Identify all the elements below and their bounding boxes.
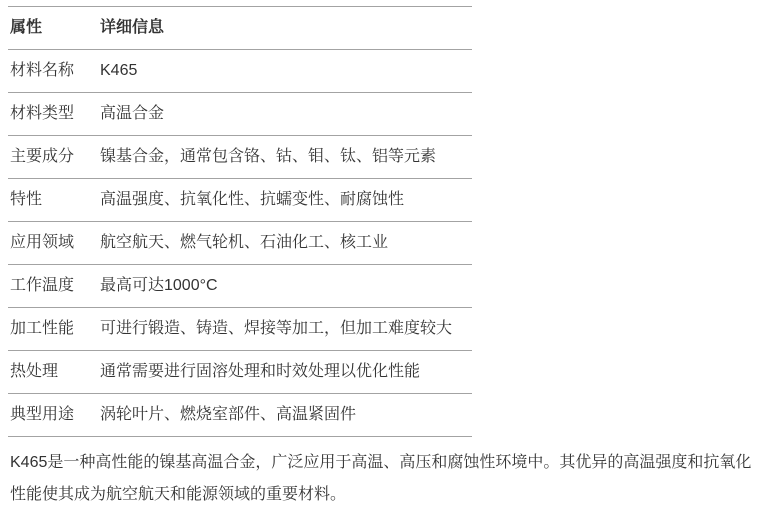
attribute-cell: 材料名称 (8, 50, 98, 93)
table-row: 特性 高温强度、抗氧化性、抗蠕变性、耐腐蚀性 (8, 179, 472, 222)
paragraph-line: 性能使其成为航空航天和能源领域的重要材料。 (10, 479, 755, 511)
paragraph-line: K465是一种高性能的镍基高温合金，广泛应用于高温、高压和腐蚀性环境中。其优异的… (10, 447, 755, 479)
column-header-attribute: 属性 (8, 7, 98, 50)
attribute-cell: 加工性能 (8, 308, 98, 351)
column-header-details: 详细信息 (98, 7, 472, 50)
table-row: 应用领域 航空航天、燃气轮机、石油化工、核工业 (8, 222, 472, 265)
table-row: 热处理 通常需要进行固溶处理和时效处理以优化性能 (8, 351, 472, 394)
value-cell: 高温强度、抗氧化性、抗蠕变性、耐腐蚀性 (98, 179, 472, 222)
material-info-page: 属性 详细信息 材料名称 K465 材料类型 高温合金 主要成分 镍基合金，通常… (0, 0, 761, 511)
attribute-cell: 主要成分 (8, 136, 98, 179)
attribute-cell: 热处理 (8, 351, 98, 394)
value-cell: 镍基合金，通常包含铬、钴、钼、钛、铝等元素 (98, 136, 472, 179)
table-row: 典型用途 涡轮叶片、燃烧室部件、高温紧固件 (8, 394, 472, 437)
attribute-cell: 材料类型 (8, 93, 98, 136)
attribute-cell: 典型用途 (8, 394, 98, 437)
table-row: 材料类型 高温合金 (8, 93, 472, 136)
value-cell: K465 (98, 50, 472, 93)
attribute-cell: 特性 (8, 179, 98, 222)
table-row: 材料名称 K465 (8, 50, 472, 93)
value-cell: 航空航天、燃气轮机、石油化工、核工业 (98, 222, 472, 265)
value-cell: 涡轮叶片、燃烧室部件、高温紧固件 (98, 394, 472, 437)
value-cell: 最高可达1000°C (98, 265, 472, 308)
description-paragraph: K465是一种高性能的镍基高温合金，广泛应用于高温、高压和腐蚀性环境中。其优异的… (10, 447, 755, 511)
value-cell: 高温合金 (98, 93, 472, 136)
attribute-cell: 工作温度 (8, 265, 98, 308)
table-header-row: 属性 详细信息 (8, 7, 472, 50)
table-row: 加工性能 可进行锻造、铸造、焊接等加工，但加工难度较大 (8, 308, 472, 351)
value-cell: 通常需要进行固溶处理和时效处理以优化性能 (98, 351, 472, 394)
attribute-table: 属性 详细信息 材料名称 K465 材料类型 高温合金 主要成分 镍基合金，通常… (8, 6, 472, 437)
attribute-cell: 应用领域 (8, 222, 98, 265)
table-row: 工作温度 最高可达1000°C (8, 265, 472, 308)
table-row: 主要成分 镍基合金，通常包含铬、钴、钼、钛、铝等元素 (8, 136, 472, 179)
value-cell: 可进行锻造、铸造、焊接等加工，但加工难度较大 (98, 308, 472, 351)
